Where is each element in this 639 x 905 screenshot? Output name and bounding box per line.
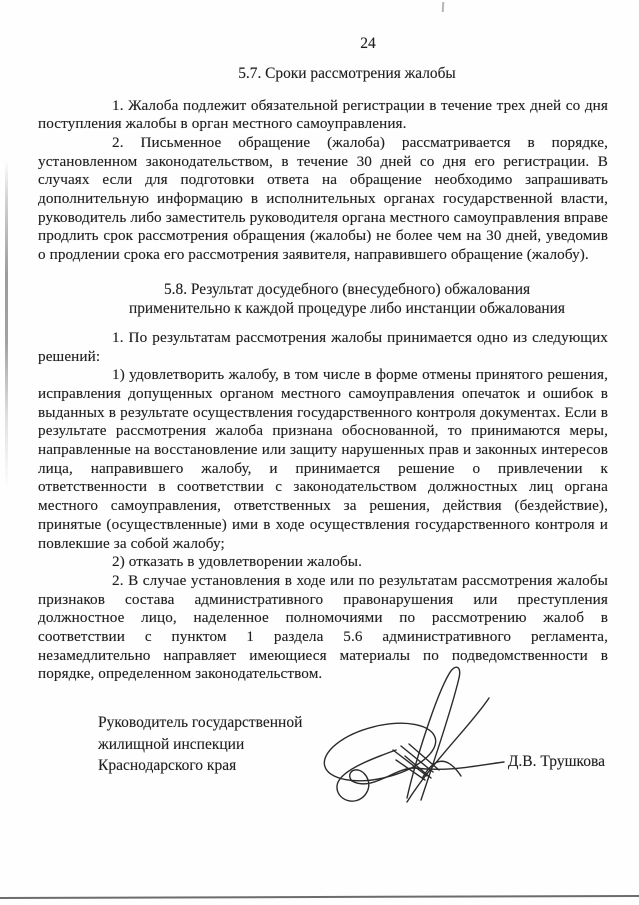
section-5-8-heading: 5.8. Результат досудебного (внесудебного…	[62, 280, 632, 319]
signatory-name: Д.В. Трушкова	[508, 752, 605, 772]
scan-artifact-top-dash	[442, 2, 445, 12]
page-number: 24	[83, 34, 639, 53]
signature-block: Руководитель государственной жилищной ин…	[38, 706, 608, 856]
section-5-7-heading: 5.7. Сроки рассмотрения жалобы	[62, 64, 632, 84]
section-5-8-heading-line2: применительно к каждой процедуре либо ин…	[62, 299, 632, 319]
signatory-title: Руководитель государственной жилищной ин…	[98, 712, 302, 777]
paragraph: 1. Жалоба подлежит обязательной регистра…	[38, 97, 608, 134]
scan-artifact-page-edge-line	[0, 895, 639, 899]
scanned-document-page: 24 5.7. Сроки рассмотрения жалобы 1. Жал…	[0, 0, 639, 905]
paragraph: 2. Письменное обращение (жалоба) рассмат…	[38, 134, 608, 265]
document-content: 24 5.7. Сроки рассмотрения жалобы 1. Жал…	[38, 34, 608, 856]
paragraph: 1) удовлетворить жалобу, в том числе в ф…	[38, 366, 608, 553]
section-5-7-body: 1. Жалоба подлежит обязательной регистра…	[38, 97, 608, 265]
paragraph: 1. По результатам рассмотрения жалобы пр…	[38, 329, 608, 366]
scan-artifact-left-streak	[5, 160, 8, 490]
section-5-8-body: 1. По результатам рассмотрения жалобы пр…	[38, 329, 608, 684]
section-5-8-heading-line1: 5.8. Результат досудебного (внесудебного…	[62, 280, 632, 300]
handwritten-signature	[310, 654, 512, 806]
paragraph: 2) отказать в удовлетворении жалобы.	[38, 553, 608, 572]
